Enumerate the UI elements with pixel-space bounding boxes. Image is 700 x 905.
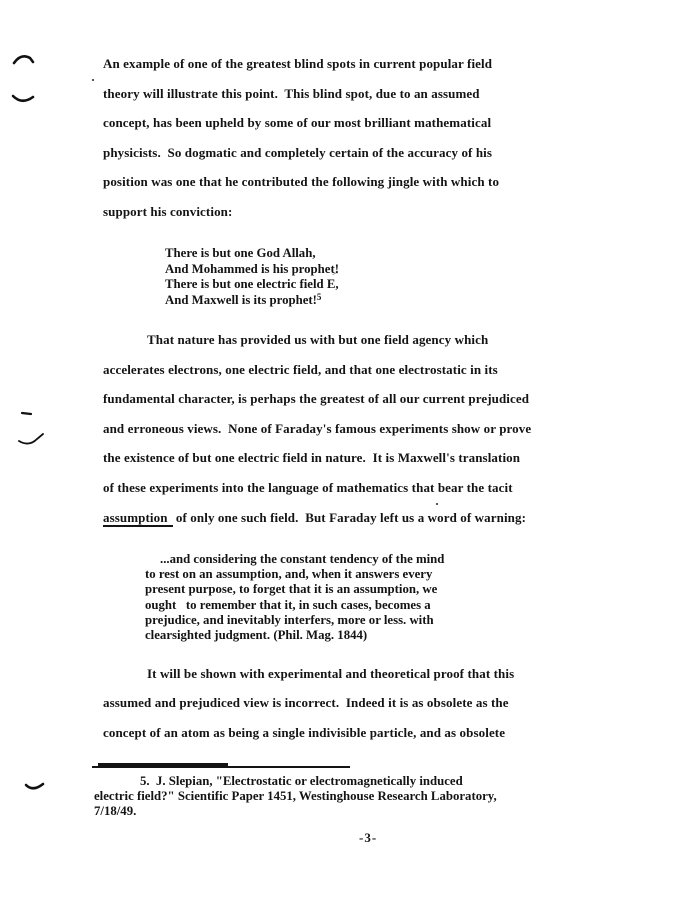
ink-speck <box>92 79 94 81</box>
text-line: And Mohammed is his prophet! <box>165 262 339 278</box>
text-line: And Maxwell is its prophet!5 <box>165 293 339 309</box>
text-line: accelerates electrons, one electric fiel… <box>103 355 531 385</box>
text-line: fundamental character, is perhaps the gr… <box>103 384 531 414</box>
vector-e-symbol: →E <box>327 277 336 293</box>
text-line: It will be shown with experimental and t… <box>103 659 514 688</box>
text-line: assumed and prejudiced view is incorrect… <box>103 688 514 717</box>
text-line: of these experiments into the language o… <box>103 473 531 503</box>
text-line: support his conviction: <box>103 197 499 227</box>
jingle-line4-text: And Maxwell is its prophet! <box>165 293 317 307</box>
text-line: the existence of but one electric field … <box>103 443 531 473</box>
text-line: An example of one of the greatest blind … <box>103 49 499 79</box>
footnote-divider-rule-overstrike <box>98 763 228 766</box>
text-line: 7/18/49. <box>94 804 497 819</box>
text-line: prejudice, and inevitably interfers, mor… <box>145 613 444 628</box>
paragraph-1: An example of one of the greatest blind … <box>103 49 499 227</box>
page-number: -3- <box>359 830 377 846</box>
text-line: electric field?" Scientific Paper 1451, … <box>94 789 497 804</box>
paragraph-2: That nature has provided us with but one… <box>103 325 531 532</box>
document-page: An example of one of the greatest blind … <box>0 0 700 905</box>
text-line: ought to remember that it, in such cases… <box>145 598 444 613</box>
text-line: and erroneous views. None of Faraday's f… <box>103 414 531 444</box>
text-line: concept, has been upheld by some of our … <box>103 108 499 138</box>
text-line: assumption of only one such field. But F… <box>103 503 531 533</box>
footnote-divider-rule <box>92 766 350 768</box>
e-field-symbol: E <box>327 277 336 291</box>
text-line: concept of an atom as being a single ind… <box>103 718 514 747</box>
text-line: theory will illustrate this point. This … <box>103 79 499 109</box>
paragraph-2-line7-rest: of only one such field. But Faraday left… <box>173 510 526 525</box>
text-line: position was one that he contributed the… <box>103 167 499 197</box>
text-line: ...and considering the constant tendency… <box>145 552 444 567</box>
jingle-line3-text: There is but one electric field <box>165 277 327 291</box>
jingle-block: There is but one God Allah, And Mohammed… <box>165 246 339 309</box>
text-line: to rest on an assumption, and, when it a… <box>145 567 444 582</box>
faraday-quote-block: ...and considering the constant tendency… <box>145 552 444 643</box>
text-line: physicists. So dogmatic and completely c… <box>103 138 499 168</box>
margin-pen-mark-bottom <box>24 781 46 795</box>
margin-pen-mark-middle <box>16 406 50 448</box>
margin-pen-mark-top <box>10 50 40 110</box>
footnote: 5. J. Slepian, "Electrostatic or electro… <box>94 774 497 820</box>
text-line: clearsighted judgment. (Phil. Mag. 1844) <box>145 628 444 643</box>
text-line: There is but one God Allah, <box>165 246 339 262</box>
footnote-reference-5: 5 <box>317 292 322 302</box>
jingle-line3-punct: , <box>335 277 338 291</box>
underlined-word-assumption: assumption <box>103 510 173 527</box>
text-line: That nature has provided us with but one… <box>103 325 531 355</box>
text-line: There is but one electric field →E, <box>165 277 339 293</box>
text-line: present purpose, to forget that it is an… <box>145 582 444 597</box>
text-line: 5. J. Slepian, "Electrostatic or electro… <box>94 774 497 789</box>
paragraph-3: It will be shown with experimental and t… <box>103 659 514 747</box>
